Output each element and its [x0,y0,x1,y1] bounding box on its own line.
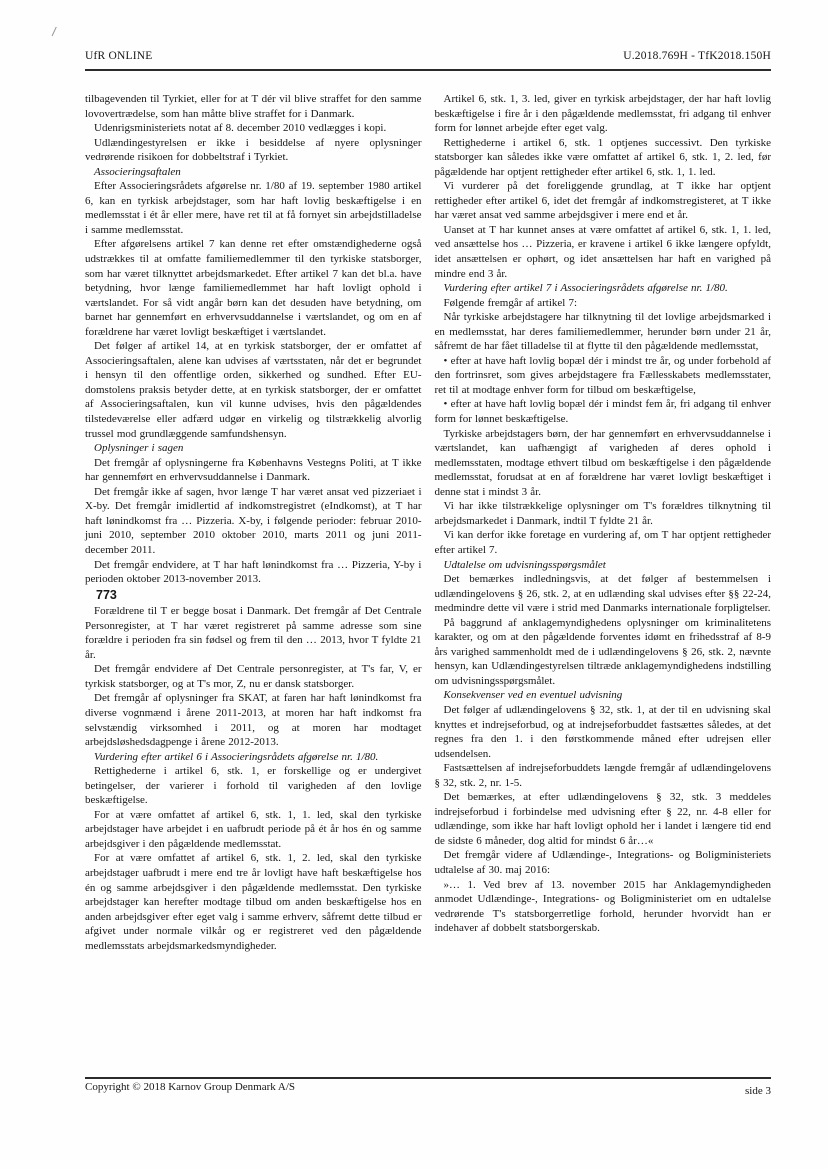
paragraph: Det fremgår endvidere, at T har haft løn… [85,558,422,587]
case-citation: U.2018.769H - TfK2018.150H [623,50,771,62]
paragraph: tilbagevenden til Tyrkiet, eller for at … [85,92,422,121]
paragraph: Det bemærkes, at efter udlændingelovens … [435,790,772,848]
document-body: tilbagevenden til Tyrkiet, eller for at … [85,92,771,953]
left-column: tilbagevenden til Tyrkiet, eller for at … [85,92,422,953]
paragraph: For at være omfattet af artikel 6, stk. … [85,851,422,953]
paragraph: Det fremgår endvidere af Det Centrale pe… [85,662,422,691]
section-heading: Oplysninger i sagen [85,441,422,456]
paragraph: Det bemærkes indledningsvis, at det følg… [435,572,772,616]
paragraph: Forældrene til T er begge bosat i Danmar… [85,604,422,662]
document-page: UfR ONLINE U.2018.769H - TfK2018.150H ti… [0,0,828,1169]
paragraph: Tyrkiske arbejdstagers børn, der har gen… [435,427,772,500]
paragraph: Udenrigsministeriets notat af 8. decembe… [85,121,422,136]
paragraph: Vi har ikke tilstrækkelige oplysninger o… [435,499,772,528]
paragraph: Det fremgår videre af Udlændinge-, Integ… [435,848,772,877]
paragraph: Fastsættelsen af indrejseforbuddets læng… [435,761,772,790]
paragraph: Uanset at T har kunnet anses at være omf… [435,223,772,281]
section-heading: Vurdering efter artikel 7 i Associerings… [435,281,772,296]
paragraph: Udlændingestyrelsen er ikke i besiddelse… [85,136,422,165]
paragraph: På baggrund af anklagemyndighedens oplys… [435,616,772,689]
paragraph: Følgende fremgår af artikel 7: [435,296,772,311]
page-number-label: side 3 [745,1085,771,1097]
page-footer: Copyright © 2018 Karnov Group Denmark A/… [85,1081,771,1097]
footer-rule [85,1077,771,1079]
page-header: UfR ONLINE U.2018.769H - TfK2018.150H [85,50,771,62]
section-heading: Vurdering efter artikel 6 i Associerings… [85,750,422,765]
page-number-marker: 773 [85,588,422,603]
paragraph: »… 1. Ved brev af 13. november 2015 har … [435,878,772,936]
scan-artifact-mark [45,24,56,36]
paragraph: Vi kan derfor ikke foretage en vurdering… [435,528,772,557]
paragraph: Artikel 6, stk. 1, 3. led, giver en tyrk… [435,92,772,136]
paragraph: Det følger af artikel 14, at en tyrkisk … [85,339,422,441]
paragraph: • efter at have haft lovlig bopæl dér i … [435,397,772,426]
header-rule [85,69,771,71]
paragraph: Det fremgår af oplysninger fra SKAT, at … [85,691,422,749]
section-heading: Udtalelse om udvisningsspørgsmålet [435,558,772,573]
section-heading: Konsekvenser ved en eventuel udvisning [435,688,772,703]
paragraph: Det fremgår af oplysningerne fra Københa… [85,456,422,485]
right-column: Artikel 6, stk. 1, 3. led, giver en tyrk… [435,92,772,953]
paragraph: Efter Associeringsrådets afgørelse nr. 1… [85,179,422,237]
paragraph: Vi vurderer på det foreliggende grundlag… [435,179,772,223]
paragraph: Rettighederne i artikel 6, stk. 1, er fo… [85,764,422,808]
journal-title: UfR ONLINE [85,50,152,62]
paragraph: Rettighederne i artikel 6, stk. 1 optjen… [435,136,772,180]
paragraph: • efter at have haft lovlig bopæl dér i … [435,354,772,398]
paragraph: Det følger af udlændingelovens § 32, stk… [435,703,772,761]
section-heading: Associeringsaftalen [85,165,422,180]
paragraph: Efter afgørelsens artikel 7 kan denne re… [85,237,422,339]
paragraph: For at være omfattet af artikel 6, stk. … [85,808,422,852]
paragraph: Når tyrkiske arbejdstagere har tilknytni… [435,310,772,354]
copyright-text: Copyright © 2018 Karnov Group Denmark A/… [85,1081,295,1097]
paragraph: Det fremgår ikke af sagen, hvor længe T … [85,485,422,558]
